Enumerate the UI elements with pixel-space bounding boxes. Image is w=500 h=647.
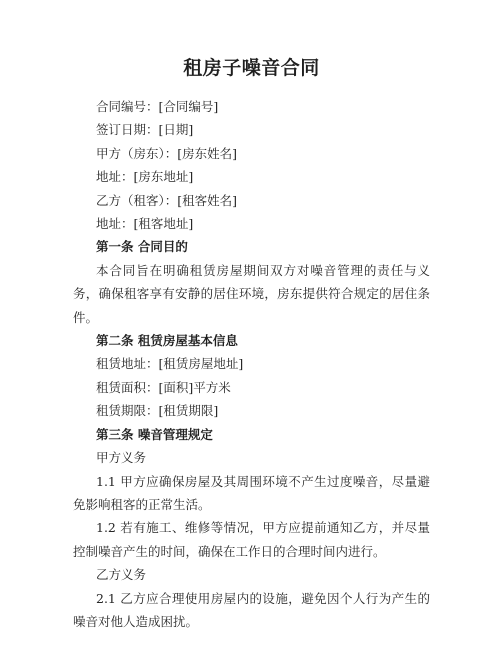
clause-1-1: 1.1 甲方应确保房屋及其周围环境不产生过度噪音，尽量避免影响租客的正常生活。: [73, 470, 430, 517]
section-1-heading: 第一条 合同目的: [73, 235, 430, 258]
clause-2-1: 2.1 乙方应合理使用房屋内的设施，避免因个人行为产生的噪音对他人造成困扰。: [73, 587, 430, 634]
section-3-heading: 第三条 噪音管理规定: [73, 423, 430, 446]
document-title: 租房子噪音合同: [73, 54, 430, 82]
lease-term-line: 租赁期限：[租赁期限]: [73, 399, 430, 422]
contract-document-page: 租房子噪音合同 合同编号：[合同编号] 签订日期：[日期] 甲方（房东）：[房东…: [0, 0, 500, 647]
lease-area-line: 租赁面积：[面积]平方米: [73, 376, 430, 399]
clause-1-2: 1.2 若有施工、维修等情况，甲方应提前通知乙方，并尽量控制噪音产生的时间，确保…: [73, 516, 430, 563]
signing-date-line: 签订日期：[日期]: [73, 118, 430, 141]
contract-number-line: 合同编号：[合同编号]: [73, 95, 430, 118]
lease-address-line: 租赁地址：[租赁房屋地址]: [73, 352, 430, 375]
party-b-obligations-label: 乙方义务: [73, 563, 430, 586]
party-a-obligations-label: 甲方义务: [73, 446, 430, 469]
party-a-landlord-line: 甲方（房东）：[房东姓名]: [73, 142, 430, 165]
party-b-address-line: 地址：[租客地址]: [73, 212, 430, 235]
party-a-address-line: 地址：[房东地址]: [73, 165, 430, 188]
section-2-heading: 第二条 租赁房屋基本信息: [73, 329, 430, 352]
party-b-tenant-line: 乙方（租客）：[租客姓名]: [73, 189, 430, 212]
section-1-purpose-paragraph: 本合同旨在明确租赁房屋期间双方对噪音管理的责任与义务，确保租客享有安静的居住环境…: [73, 259, 430, 329]
